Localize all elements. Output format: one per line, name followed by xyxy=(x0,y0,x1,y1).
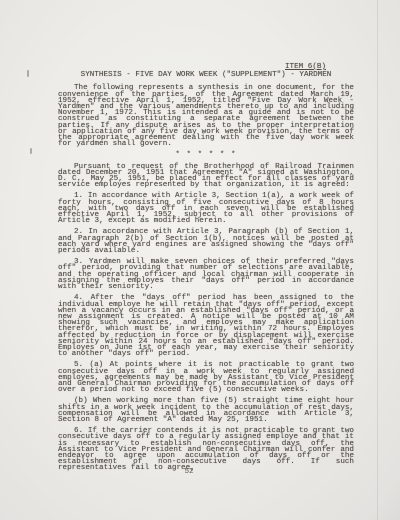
asterisk-separator: * * * * * * xyxy=(58,152,354,158)
paragraph-clause-3: 3. Yardmen will make seven choices of th… xyxy=(58,259,354,290)
document-title: SYNTHESIS - FIVE DAY WORK WEEK ("SUPPLEM… xyxy=(58,72,354,78)
scanned-page: ITEM 6(B) SYNTHESIS - FIVE DAY WORK WEEK… xyxy=(0,0,400,520)
item-label: ITEM 6(B) xyxy=(58,64,354,70)
paragraph-clause-1: 1. In accordance with Article 3, Section… xyxy=(58,193,354,224)
paragraph-clause-2: 2. In accordance with Article 3, Paragra… xyxy=(58,229,354,254)
paragraph-clause-5a: 5. (a) At points where it is not practic… xyxy=(58,362,354,393)
page-number: 52 xyxy=(0,468,378,476)
document-body: ITEM 6(B) SYNTHESIS - FIVE DAY WORK WEEK… xyxy=(58,64,354,477)
page-edge-shadow xyxy=(377,0,378,520)
paragraph-clause-6: 6. If the carrier contends it is not pra… xyxy=(58,428,354,471)
paragraph-clause-4: 4. After the "days off" period has been … xyxy=(58,295,354,357)
paragraph-clause-5b: (b) When working more than five (5) stra… xyxy=(58,398,354,423)
paragraph-intro: The following represents a synthesis in … xyxy=(58,85,354,147)
scan-artifact xyxy=(30,148,32,154)
scan-artifact xyxy=(27,70,29,77)
paragraph-pursuant: Pursuant to request of the Brotherhood o… xyxy=(58,164,354,189)
